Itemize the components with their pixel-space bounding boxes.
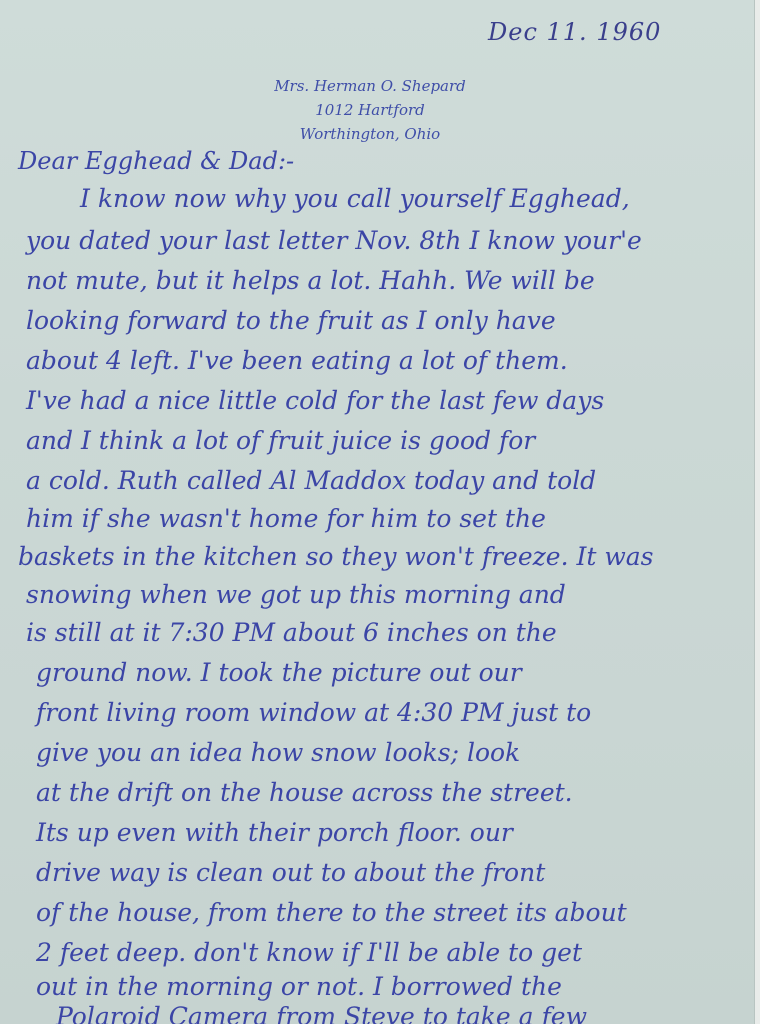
letter-line: drive way is clean out to about the fron…	[36, 858, 545, 888]
letter-line: him if she wasn't home for him to set th…	[26, 504, 546, 534]
letter-line: you dated your last letter Nov. 8th I kn…	[26, 226, 642, 256]
letter-line: I know now why you call yourself Egghead…	[80, 184, 630, 214]
letterhead: Mrs. Herman O. Shepard 1012 Hartford Wor…	[250, 74, 490, 146]
letter-line: and I think a lot of fruit juice is good…	[26, 426, 535, 456]
letter-line: ground now. I took the picture out our	[36, 658, 522, 688]
letter-line: front living room window at 4:30 PM just…	[36, 698, 591, 728]
letter-line: a cold. Ruth called Al Maddox today and …	[26, 466, 596, 496]
letterhead-street: 1012 Hartford	[250, 98, 490, 122]
letter-line: of the house, from there to the street i…	[36, 898, 627, 928]
letter-line: not mute, but it helps a lot. Hahh. We w…	[26, 266, 595, 296]
letter-line: looking forward to the fruit as I only h…	[26, 306, 556, 336]
letter-line: about 4 left. I've been eating a lot of …	[26, 346, 568, 376]
letter-line: snowing when we got up this morning and	[26, 580, 566, 610]
letter-greeting: Dear Egghead & Dad:-	[18, 146, 294, 176]
letter-page: Dec 11. 1960 Mrs. Herman O. Shepard 1012…	[0, 0, 755, 1024]
letter-line: Its up even with their porch floor. our	[36, 818, 513, 848]
letter-line: give you an idea how snow looks; look	[36, 738, 520, 768]
letter-date: Dec 11. 1960	[488, 18, 661, 46]
letter-line: 2 feet deep. don't know if I'll be able …	[36, 938, 582, 968]
letter-line: Polaroid Camera from Steve to take a few	[56, 1002, 587, 1024]
letterhead-city: Worthington, Ohio	[250, 122, 490, 146]
letter-line: at the drift on the house across the str…	[36, 778, 573, 808]
letterhead-name: Mrs. Herman O. Shepard	[250, 74, 490, 98]
letter-line: I've had a nice little cold for the last…	[26, 386, 604, 416]
letter-line: baskets in the kitchen so they won't fre…	[18, 542, 654, 572]
letter-line: out in the morning or not. I borrowed th…	[36, 972, 562, 1002]
letter-line: is still at it 7:30 PM about 6 inches on…	[26, 618, 557, 648]
